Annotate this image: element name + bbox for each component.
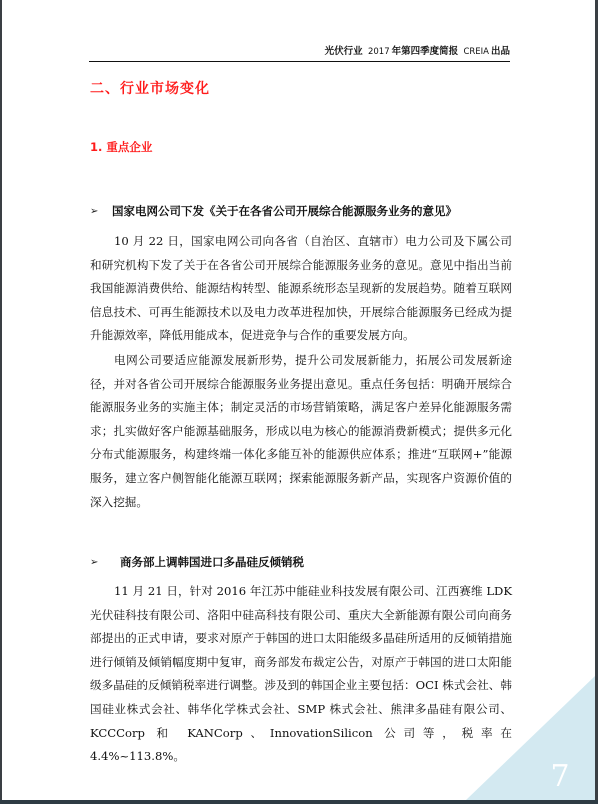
paragraph: 电网公司要适应能源发展新形势，提升公司发展新能力，拓展公司发展新途径，并对各省公… — [90, 349, 512, 514]
header-title: 年第四季度简报 — [392, 46, 459, 57]
item-heading-text: 商务部上调韩国进口多晶硅反倾销税 — [120, 554, 304, 570]
paragraph: 11 月 21 日，针对 2016 年江苏中能硅业科技发展有限公司、江西赛维 L… — [90, 580, 512, 769]
header-suffix: 出品 — [491, 46, 510, 57]
header-org: CREIA — [463, 47, 489, 57]
header-prefix: 光伏行业 — [325, 46, 363, 57]
item-heading-text: 国家电网公司下发《关于在各省公司开展综合能源服务业务的意见》 — [112, 203, 457, 219]
running-header: 光伏行业 2017年第四季度简报 CREIA出品 — [89, 43, 510, 62]
subsection-title: 1. 重点企业 — [90, 139, 152, 155]
section-title: 二、行业市场变化 — [90, 78, 210, 98]
arrowhead-bullet-icon: ➢ — [90, 206, 112, 217]
page-frame-left — [0, 0, 2, 804]
header-year: 2017 — [368, 47, 390, 57]
page-number: 7 — [540, 762, 580, 792]
paragraph: 10 月 22 日，国家电网公司向各省（自治区、直辖市）电力公司及下属公司和研究… — [90, 230, 512, 348]
arrowhead-bullet-icon: ➢ — [90, 557, 120, 568]
page-frame-bottom — [0, 800, 598, 804]
item-heading: ➢ 商务部上调韩国进口多晶硅反倾销税 — [90, 554, 304, 570]
item-heading: ➢ 国家电网公司下发《关于在各省公司开展综合能源服务业务的意见》 — [90, 203, 457, 219]
